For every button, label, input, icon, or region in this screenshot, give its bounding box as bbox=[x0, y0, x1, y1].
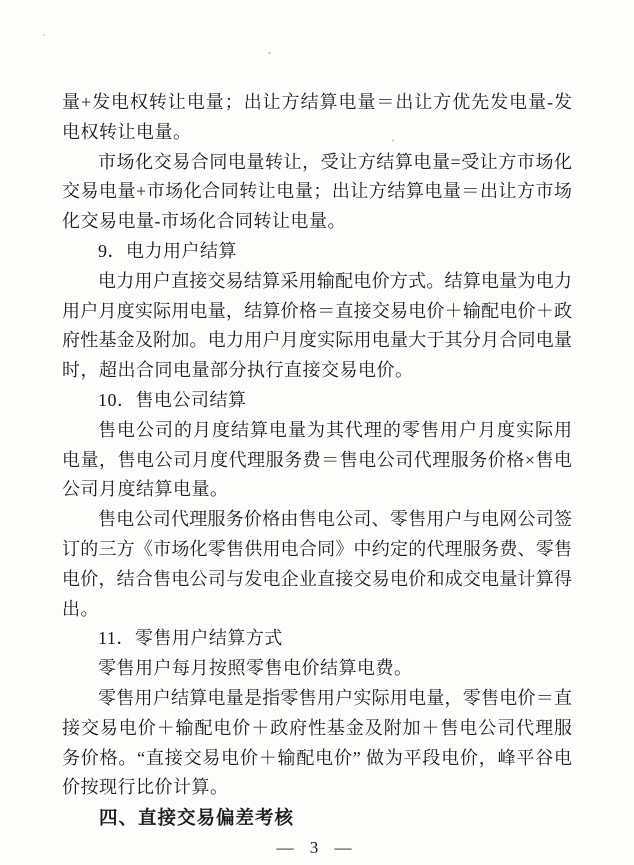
scan-speck bbox=[43, 34, 45, 36]
text-line: 接交易电价＋输配电价＋政府性基金及附加＋售电公司代理服 bbox=[62, 714, 572, 744]
text-line: 电权转让电量。 bbox=[62, 118, 572, 148]
text-line: 交易电量+市场化合同转让电量；出让方结算电量＝出让方市场 bbox=[62, 177, 572, 207]
text-line: 务价格。“直接交易电价＋输配电价” 做为平段电价，峰平谷电 bbox=[62, 744, 572, 774]
text-line: 电力用户直接交易结算采用输配电价方式。结算电量为电力 bbox=[62, 267, 572, 297]
text-line: 售电公司代理服务价格由售电公司、零售用户与电网公司签 bbox=[62, 505, 572, 535]
text-line: 时，超出合同电量部分执行直接交易电价。 bbox=[62, 356, 572, 386]
text-line: 售电公司的月度结算电量为其代理的零售用户月度实际用 bbox=[62, 416, 572, 446]
section-4-heading: 四、直接交易偏差考核 bbox=[62, 803, 572, 833]
text-line: 价按现行比价计算。 bbox=[62, 773, 572, 803]
text-line: 公司月度结算电量。 bbox=[62, 475, 572, 505]
page-number: — 3 — bbox=[0, 838, 634, 858]
item-10-heading: 10．售电公司结算 bbox=[62, 386, 572, 416]
text-line: 订的三方《市场化零售供用电合同》中约定的代理服务费、零售 bbox=[62, 535, 572, 565]
text-line: 电价，结合售电公司与发电企业直接交易电价和成交电量计算得 bbox=[62, 565, 572, 595]
item-11-heading: 11．零售用户结算方式 bbox=[62, 624, 572, 654]
text-line: 用户月度实际用电量，结算价格＝直接交易电价＋输配电价＋政 bbox=[62, 297, 572, 327]
text-line: 化交易电量-市场化合同转让电量。 bbox=[62, 207, 572, 237]
text-line: 府性基金及附加。电力用户月度实际用电量大于其分月合同电量 bbox=[62, 326, 572, 356]
text-line: 零售用户结算电量是指零售用户实际用电量，零售电价＝直 bbox=[62, 684, 572, 714]
text-line: 零售用户每月按照零售电价结算电费。 bbox=[62, 654, 572, 684]
document-page: 量+发电权转让电量；出让方结算电量＝出让方优先发电量-发 电权转让电量。 市场化… bbox=[0, 0, 634, 865]
text-line: 电量，售电公司月度代理服务费＝售电公司代理服务价格×售电 bbox=[62, 446, 572, 476]
text-line: 市场化交易合同电量转让，受让方结算电量=受让方市场化 bbox=[62, 148, 572, 178]
text-line: 出。 bbox=[62, 595, 572, 625]
text-line: 量+发电权转让电量；出让方结算电量＝出让方优先发电量-发 bbox=[62, 88, 572, 118]
document-body: 量+发电权转让电量；出让方结算电量＝出让方优先发电量-发 电权转让电量。 市场化… bbox=[62, 88, 572, 833]
scan-speck bbox=[268, 52, 271, 54]
item-9-heading: 9．电力用户结算 bbox=[62, 237, 572, 267]
